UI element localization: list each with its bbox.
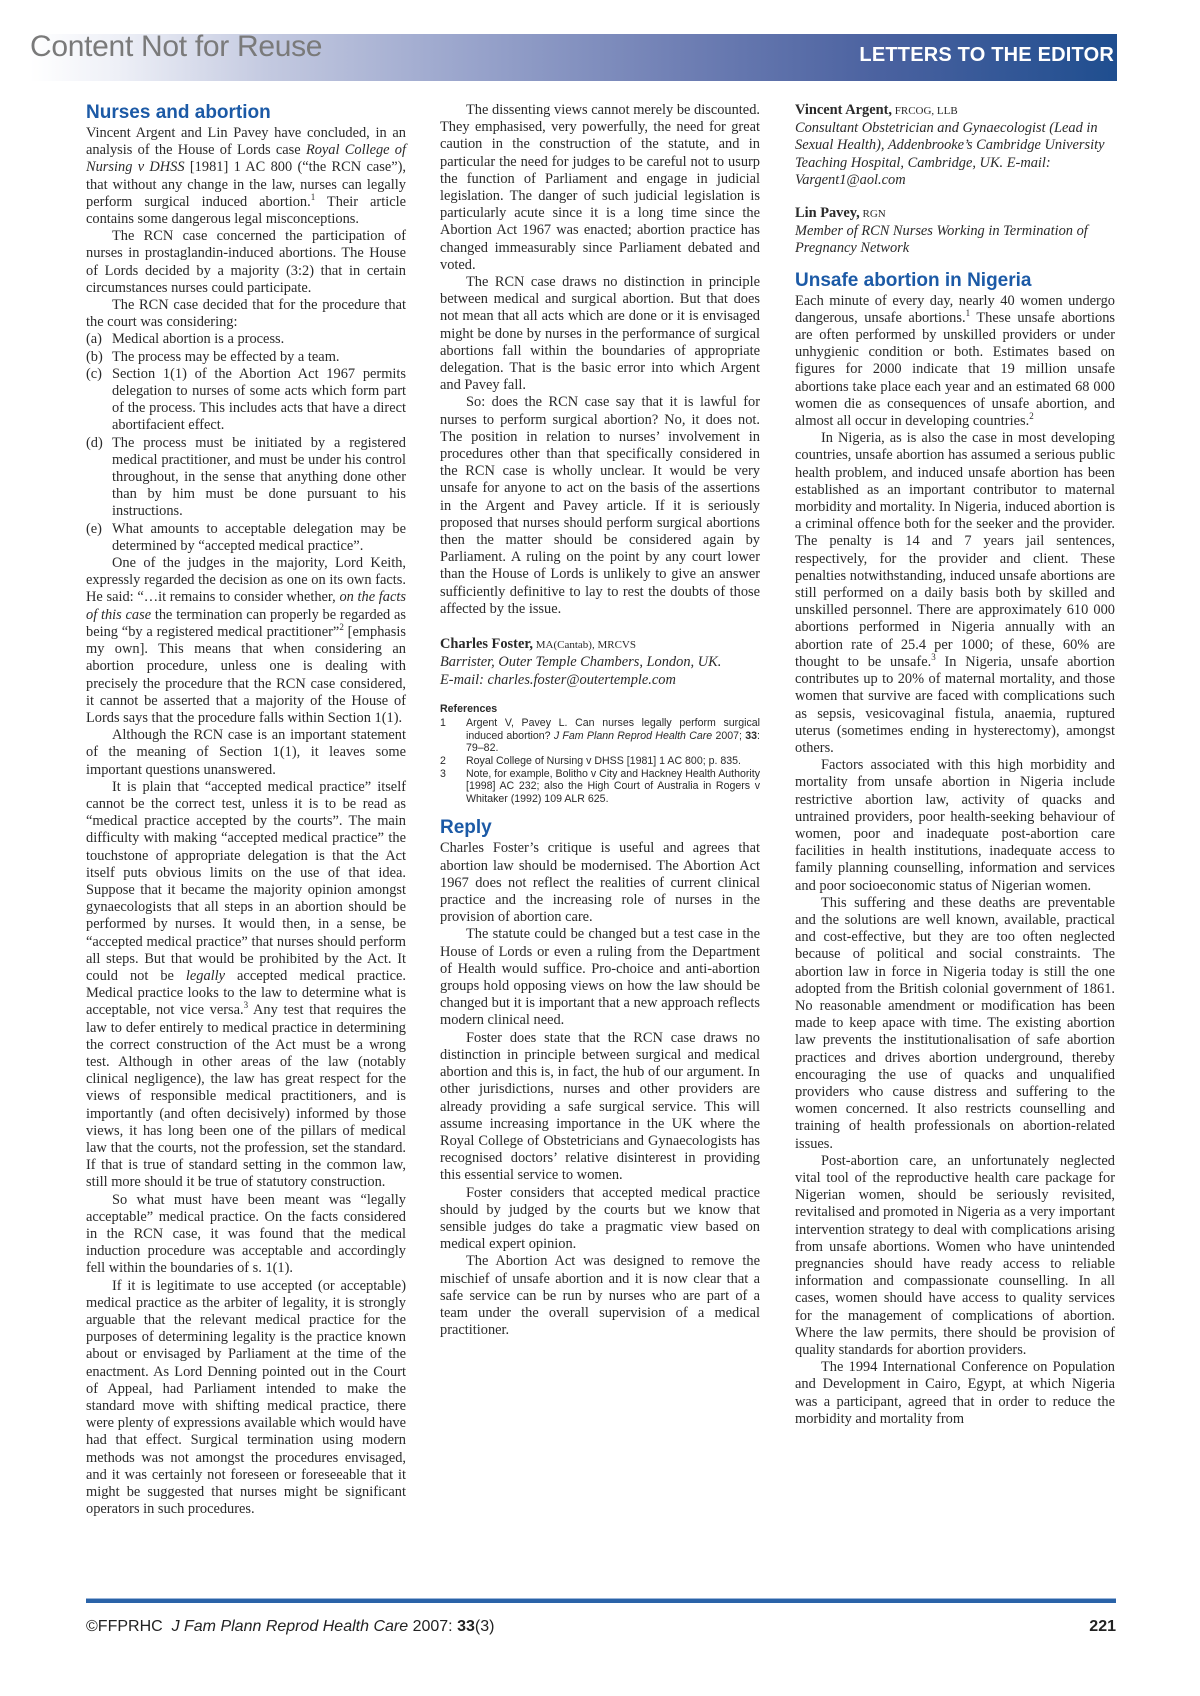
paragraph: So: does the RCN case say that it is law… <box>440 394 760 618</box>
paragraph: The statute could be changed but a test … <box>440 926 760 1029</box>
paragraph: Charles Foster’s critique is useful and … <box>440 840 760 926</box>
paragraph: Although the RCN case is an important st… <box>86 727 406 779</box>
paragraph: In Nigeria, as is also the case in most … <box>795 430 1115 757</box>
author-signature-pavey: Lin Pavey, RGN Member of RCN Nurses Work… <box>795 205 1115 258</box>
column-3: Vincent Argent, FRCOG, LLB Consultant Ob… <box>795 102 1115 1428</box>
references: References 1Argent V, Pavey L. Can nurse… <box>440 703 760 806</box>
paragraph: This suffering and these deaths are prev… <box>795 895 1115 1153</box>
reference-item: 3Note, for example, Bolitho v City and H… <box>440 768 760 806</box>
paragraph: Each minute of every day, nearly 40 wome… <box>795 293 1115 431</box>
column-2: The dissenting views cannot merely be di… <box>440 102 760 1339</box>
article-title-reply: Reply <box>440 817 760 839</box>
paragraph: If it is legitimate to use accepted (or … <box>86 1278 406 1519</box>
holdings-list: (a)Medical abortion is a process. (b)The… <box>86 331 406 555</box>
list-item: (b)The process may be effected by a team… <box>86 349 406 366</box>
paragraph: Vincent Argent and Lin Pavey have conclu… <box>86 125 406 228</box>
paragraph: One of the judges in the majority, Lord … <box>86 555 406 727</box>
paragraph: The 1994 International Conference on Pop… <box>795 1359 1115 1428</box>
author-email: E-mail: charles.foster@outertemple.com <box>440 672 760 689</box>
paragraph: So what must have been meant was “legall… <box>86 1192 406 1278</box>
watermark: Content Not for Reuse <box>30 30 322 64</box>
reference-item: 1Argent V, Pavey L. Can nurses legally p… <box>440 717 760 755</box>
paragraph: Post-abortion care, an unfortunately neg… <box>795 1153 1115 1359</box>
footer-citation: ©FFPRHC J Fam Plann Reprod Health Care 2… <box>86 1618 494 1636</box>
list-item: (d)The process must be initiated by a re… <box>86 435 406 521</box>
paragraph: Factors associated with this high morbid… <box>795 757 1115 895</box>
paragraph: The RCN case decided that for the proced… <box>86 297 406 331</box>
column-1: Nurses and abortion Vincent Argent and L… <box>86 102 406 1518</box>
page-number: 221 <box>1089 1618 1116 1636</box>
reference-item: 2Royal College of Nursing v DHSS [1981] … <box>440 755 760 768</box>
author-signature-argent: Vincent Argent, FRCOG, LLB Consultant Ob… <box>795 102 1115 189</box>
paragraph: The dissenting views cannot merely be di… <box>440 102 760 274</box>
footer-rule <box>86 1598 1116 1603</box>
paragraph: It is plain that “accepted medical pract… <box>86 779 406 1192</box>
section-label: LETTERS TO THE EDITOR <box>859 44 1114 67</box>
list-item: (a)Medical abortion is a process. <box>86 331 406 348</box>
paragraph: The RCN case concerned the participation… <box>86 228 406 297</box>
paragraph: The RCN case draws no distinction in pri… <box>440 274 760 394</box>
article-title-nigeria: Unsafe abortion in Nigeria <box>795 270 1115 292</box>
paragraph: Foster considers that accepted medical p… <box>440 1185 760 1254</box>
list-item: (c)Section 1(1) of the Abortion Act 1967… <box>86 366 406 435</box>
article-title-nurses: Nurses and abortion <box>86 102 406 124</box>
paragraph: The Abortion Act was designed to remove … <box>440 1253 760 1339</box>
list-item: (e)What amounts to acceptable delegation… <box>86 521 406 555</box>
citation: 2 <box>1029 411 1034 421</box>
author-signature-foster: Charles Foster, MA(Cantab), MRCVS Barris… <box>440 636 760 689</box>
paragraph: Foster does state that the RCN case draw… <box>440 1030 760 1185</box>
